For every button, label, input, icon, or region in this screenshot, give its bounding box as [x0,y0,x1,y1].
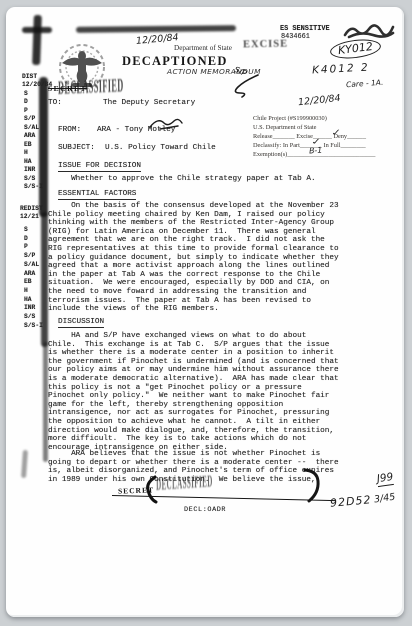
margin-smudge [21,450,28,478]
to-label: TO: [48,99,62,108]
ink-scribble-icon [343,21,395,41]
document-page: 12/20/84 Department of State EXCISE DECA… [6,7,404,617]
from-label: FROM: [58,126,81,135]
handwritten-j99: J99 [376,471,394,487]
dist-header: DIST 12/20/84 [22,73,52,89]
excise-checkmark: ✓ [330,127,342,137]
handwritten-345: 3/45 [373,492,396,506]
review-box: Chile Project (#S199900030) U.S. Departm… [253,115,405,167]
review-project-line: Chile Project (#S199900030) [253,115,327,124]
decl-oadr-line: DECL:OADR [184,506,226,515]
redist-list: S D P S/P S/AL ARA EB H HA INR S/S S/S-I [24,226,43,330]
handwritten-92d52: 92D52 [330,493,372,510]
subject-label: SUBJECT: [58,144,95,153]
exemption-value-handwritten: B-1 [309,146,323,156]
signature-scribble-icon [148,115,184,133]
handwritten-ky-circled: KY012 [329,37,382,61]
scan-viewport: 12/20/84 Department of State EXCISE DECA… [0,0,412,626]
handwritten-swirl-icon [228,73,262,101]
subject-value: U.S. Policy Toward Chile [105,144,216,153]
factors-heading: ESSENTIAL FACTORS [58,190,136,200]
declassified-stamp-bottom: DECLASSIFIED [156,471,213,494]
review-department-line: U.S. Department of State [253,124,316,133]
declassified-stamp-top: DECLASSIFIED [58,76,124,100]
dist-list: S D P S/P S/AL ARA EB H HA INR S/S S/S-I [24,90,43,191]
handwritten-date-right: 12/20/84 [298,93,342,108]
issue-heading: ISSUE FOR DECISION [58,162,141,172]
redist-header: REDIST 12/21 [20,205,43,221]
to-value: The Deputy Secretary [103,99,195,108]
issue-body: Whether to approve the Chile strategy pa… [48,175,316,184]
discussion-heading: DISCUSSION [58,318,104,328]
scan-band-artifact [76,25,236,33]
discussion-para1: HA and S/P have exchanged views on what … [48,332,339,452]
ink-smudge [22,27,52,33]
handwritten-k-code: K4012 2 [312,61,370,76]
ink-smudge [32,15,42,65]
document-number: 8434661 [281,33,310,42]
factors-body: On the basis of the consensus developed … [48,202,339,314]
handwritten-care-note: Care - 1A. [346,78,384,90]
handwritten-close-bracket-icon [301,467,323,505]
handwritten-date-top: 12/20/84 [136,32,179,47]
department-line: Department of State [174,44,232,52]
